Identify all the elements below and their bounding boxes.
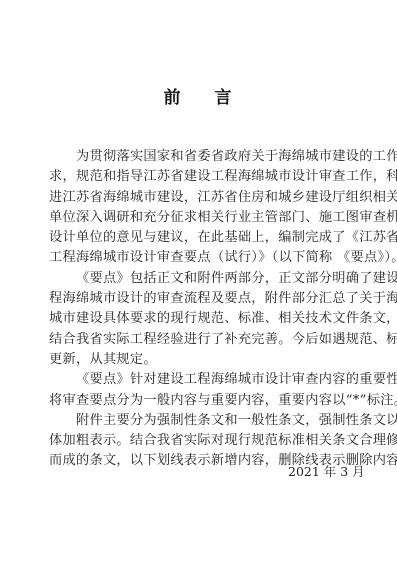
paragraph-2-line-1: 《要点》包括正文和附件两部分，正文部分明确了建设工 [49, 269, 349, 289]
paragraph-2-line-4: 结合我省实际工程经验进行了补充完善。今后如遇规范、标准 [49, 330, 349, 350]
paragraph-1-line-6: 工程海绵城市设计审查要点（试行）》（以下简称 《要点》）。 [49, 248, 349, 268]
paragraph-4-line-2: 体加粗表示。结合我省实际对现行规范标准相关条文合理修改 [49, 431, 349, 451]
paragraph-1-line-5: 设计单位的意见与建议，在此基础上，编制完成了《江苏省建设 [49, 228, 349, 248]
title-char-1: 前 [164, 83, 183, 108]
paragraph-4-line-1: 附件主要分为强制性条文和一般性条文，强制性条文以字 [49, 411, 349, 431]
title-char-2: 言 [215, 83, 234, 108]
paragraph-1-line-4: 单位深入调研和充分征求相关行业主管部门、施工图审查机构及 [49, 208, 349, 228]
paragraph-2-line-5: 更新，从其规定。 [49, 350, 349, 370]
page-title: 前言 [0, 83, 397, 108]
paragraph-2-line-3: 城市建设具体要求的现行规范、标准、相关技术文件条文，并 [49, 309, 349, 329]
paragraph-1-line-1: 为贯彻落实国家和省委省政府关于海绵城市建设的工作要 [49, 147, 349, 167]
document-date: 2021 年 3 月 [288, 462, 365, 480]
paragraph-3-line-2: 将审查要点分为一般内容与重要内容，重要内容以“*”标注。 [49, 391, 349, 411]
document-page: 前言 为贯彻落实国家和省委省政府关于海绵城市建设的工作要 求，规范和指导江苏省建… [0, 0, 397, 575]
paragraph-1-line-2: 求，规范和指导江苏省建设工程海绵城市设计审查工作，科学推 [49, 167, 349, 187]
paragraph-2-line-2: 程海绵城市设计的审查流程及要点，附件部分汇总了关于海绵 [49, 289, 349, 309]
preface-body: 为贯彻落实国家和省委省政府关于海绵城市建设的工作要 求，规范和指导江苏省建设工程… [49, 147, 349, 472]
paragraph-1-line-3: 进江苏省海绵城市建设，江苏省住房和城乡建设厅组织相关技术 [49, 188, 349, 208]
paragraph-3-line-1: 《要点》针对建设工程海绵城市设计审查内容的重要性， [49, 370, 349, 390]
